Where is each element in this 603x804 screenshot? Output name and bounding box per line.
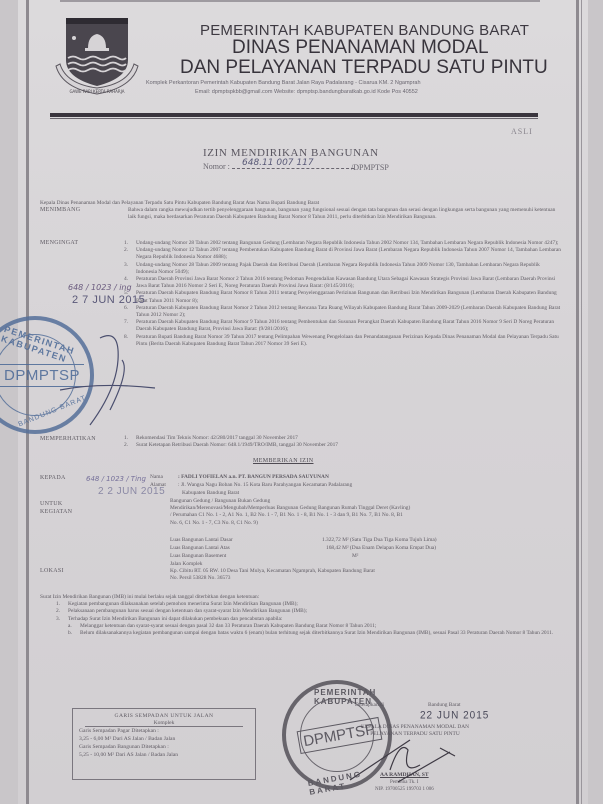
memperhatikan-list: 1.Rekomendasi Tim Teknis Nomor: 42/280/2… xyxy=(124,435,554,449)
kegiatan-line: Mendirikan/Merenovasi/Mengubah/Memperlua… xyxy=(170,505,560,512)
list-item: 2.Surat Ketetapan Retribusi Daerah Nomor… xyxy=(124,442,554,449)
setback-line: Garis Sempadan Bangunan Ditetapkan : xyxy=(73,743,255,751)
setback-subtitle: Komplek xyxy=(85,720,243,727)
ketentuan-block: Surat Izin Mendirikan Bangunan (IMB) ini… xyxy=(40,594,560,637)
signatory-rank: Pembina Tk. I xyxy=(390,780,418,785)
setback-line: Garis Sempadan Pagar Ditetapkan : xyxy=(73,727,255,735)
luas-value: M² xyxy=(322,553,358,559)
setback-box: GARIS SEMPADAN UNTUK JALAN Komplek Garis… xyxy=(72,708,256,780)
lokasi-line: No. Persil 53828 No. 36573 xyxy=(170,575,560,582)
list-item: a.Melanggar ketentuan dan syarat-syarat … xyxy=(40,623,560,630)
office-name-line2: DAN PELAYANAN TERPADU SATU PINTU xyxy=(180,57,548,79)
recipient-address-row: Alamat : Jl. Wangsa Nagu Boban No. 15 Ko… xyxy=(150,482,560,488)
official-stamp-gray: PEMERINTAH KABUPATEN DPMPTSP BANDUNG BAR… xyxy=(282,680,392,790)
number-suffix: /DPMPTSP xyxy=(351,163,389,172)
signatory-nip: NIP. 19700525 199703 1 006 xyxy=(375,787,434,792)
list-item: 2.Undang-undang Nomor 12 Tahun 2007 tent… xyxy=(124,247,562,261)
kegiatan-label-line1: UNTUK xyxy=(40,501,63,507)
document-paper xyxy=(18,0,588,804)
agenda-number-handwritten: 648 / 1023 / Ting xyxy=(86,475,146,483)
list-item: 1.Rekomendasi Tim Teknis Nomor: 42/280/2… xyxy=(124,435,554,442)
list-item: 7.Peraturan Daerah Kabupaten Bandung Bar… xyxy=(124,319,562,333)
list-item: 3.Undang-undang Nomor 28 Tahun 2009 tent… xyxy=(124,262,562,276)
svg-text:GAWE RAPI KERTA RAHARJA: GAWE RAPI KERTA RAHARJA xyxy=(69,89,124,94)
agenda-date-stamp: 2 2 JUN 2015 xyxy=(98,486,165,497)
number-label: Nomor : xyxy=(203,162,230,171)
decision-heading: MEMBERIKAN IZIN xyxy=(253,458,314,464)
setback-title: GARIS SEMPADAN UNTUK JALAN xyxy=(73,712,255,720)
list-item: 8.Peraturan Bupati Bandung Barat Nomor 3… xyxy=(124,334,562,348)
recipient-address-value2: Kabupaten Bandung Barat xyxy=(182,490,239,496)
setback-line: 3,25 - 6,00 M² Dari AS Jalan / Badan Jal… xyxy=(73,735,255,743)
office-address: Komplek Perkantoran Pemerintah Kabupaten… xyxy=(146,80,421,86)
luas-row: Luas Bangunan Lantai Atas 168,42 M² (Dua… xyxy=(170,545,550,551)
luas-label: Luas Bangunan Basement xyxy=(170,553,322,559)
luas-row: Luas Bangunan Basement M² xyxy=(170,553,550,559)
kegiatan-label-line2: KEGIATAN xyxy=(40,509,72,515)
agenda-number-handwritten: 648 / 1023 / ing xyxy=(68,283,132,292)
lokasi-label: LOKASI xyxy=(40,568,64,574)
lokasi-line: Kp. Cibitu RT. 05 RW. 10 Desa Tani Mulya… xyxy=(170,568,560,575)
lokasi-line: Jalan Komplek xyxy=(170,561,560,568)
recipient-address-row2: Kabupaten Bandung Barat xyxy=(182,490,592,496)
list-item: b.Belum dilaksanakannya kegiatan pembang… xyxy=(40,630,560,637)
luas-value: 1.322,72 M² (Satu Tiga Dua Tiga Koma Tuj… xyxy=(322,537,437,543)
letterhead-rule-thick xyxy=(50,113,538,117)
recipient-name-value: : FADLI YOFIELAN a.n. PT. BANGUN PERSADA… xyxy=(178,474,329,480)
list-item: 4.Peraturan Daerah Provinsi Jawa Barat N… xyxy=(124,276,562,290)
list-item: 6.Peraturan Daerah Kabupaten Bandung Bar… xyxy=(124,305,562,319)
mengingat-list: 1.Undang-undang Nomor 28 Tahun 2002 tent… xyxy=(124,240,562,348)
agenda-date-stamp: 2 7 JUN 2015 xyxy=(72,294,145,306)
stamp-center-text: DPMPTSP xyxy=(0,364,84,387)
frame-border-right xyxy=(576,0,579,804)
luas-value: 168,42 M² (Dua Enam Delapan Koma Empat D… xyxy=(322,545,436,551)
issue-date: 22 JUN 2015 xyxy=(420,709,489,721)
recipient-name-label: Nama xyxy=(150,474,178,480)
issued-at-value: Bandung Barat xyxy=(428,702,461,708)
number-value: 648.11 007 117 xyxy=(232,158,354,169)
menimbang-label: MENIMBANG xyxy=(40,207,80,213)
luas-label: Luas Bangunan Lantai Atas xyxy=(170,545,322,551)
menimbang-text: Bahwa dalam rangka mewujudkan tertib pen… xyxy=(128,207,558,221)
list-item: 3.Terhadap Surat Izin Mendirikan Banguna… xyxy=(40,616,560,623)
office-name-line1: DINAS PENANAMAN MODAL xyxy=(232,37,489,59)
memperhatikan-label: MEMPERHATIKAN xyxy=(40,436,96,442)
luas-row: Luas Bangunan Lantai Dasar 1.322,72 M² (… xyxy=(170,537,550,543)
recipient-address-value: : Jl. Wangsa Nagu Boban No. 15 Kota Baru… xyxy=(178,482,352,488)
setback-line: 5,25 - 10,00 M² Dari AS Jalan / Badan Ja… xyxy=(73,751,255,759)
lokasi-text: Jalan Komplek Kp. Cibitu RT. 05 RW. 10 D… xyxy=(170,561,560,583)
luas-label: Luas Bangunan Lantai Dasar xyxy=(170,537,322,543)
office-contact: Email: dpmptspkbb@gmail.com Website: dpm… xyxy=(195,89,418,95)
frame-border-right-inner xyxy=(581,0,582,804)
mengingat-label: MENGINGAT xyxy=(40,240,78,246)
stamp-top-text: PEMERINTAH KABUPATEN xyxy=(314,688,388,706)
copy-mark: ASLI xyxy=(511,127,533,136)
kegiatan-line: No. 6, C1 No. 1 - 7, C3 No. 8, C1 No. 9) xyxy=(170,520,560,527)
kegiatan-line: / Perumahan C1 No. 1 - 2, A1 No. 1, B2 N… xyxy=(170,512,560,519)
kepada-label: KEPADA xyxy=(40,475,66,481)
kegiatan-text: Bangunan Gedung / Bangunan Bukan Gedung … xyxy=(170,498,560,527)
frame-border-top xyxy=(60,0,540,2)
list-item: 5.Peraturan Daerah Kabupaten Bandung Bar… xyxy=(124,290,562,304)
recipient-name-row: Nama : FADLI YOFIELAN a.n. PT. BANGUN PE… xyxy=(150,474,560,480)
coat-of-arms-icon: GAWE RAPI KERTA RAHARJA xyxy=(52,14,142,100)
letterhead-rule-thin xyxy=(50,118,538,119)
list-item: 2.Pelaksanaan pembangunan harus sesuai d… xyxy=(40,608,560,615)
